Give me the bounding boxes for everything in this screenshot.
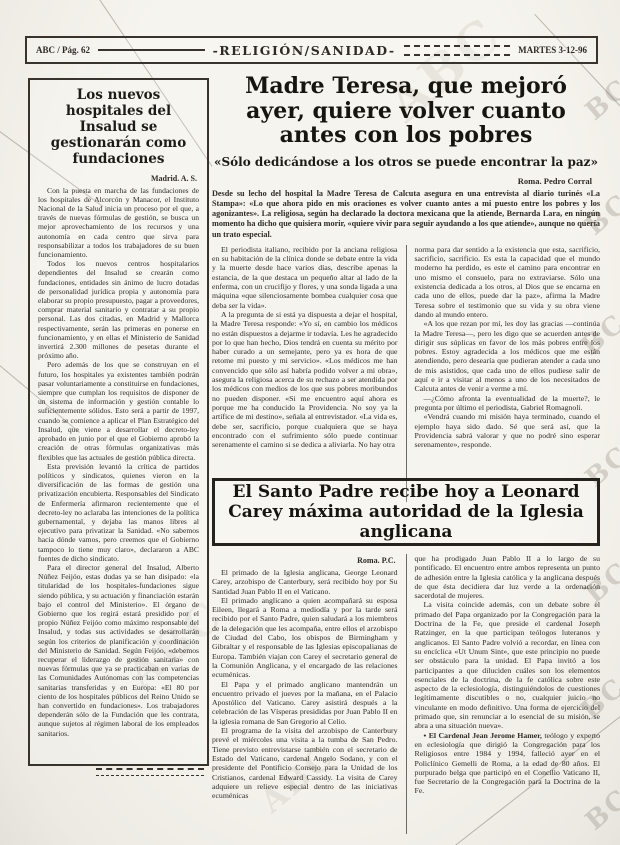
santo-padre-headline: El Santo Padre recibe hoy a Leonard Care…	[223, 482, 589, 542]
santo-padre-headline-box: El Santo Padre recibe hoy a Leonard Care…	[212, 478, 600, 546]
page-number: ABC / Pág. 62	[36, 45, 90, 55]
paragraph: El Papa y el primado anglicano mantendrá…	[212, 680, 398, 726]
byline: Roma. Pedro Corral	[212, 176, 592, 186]
paragraph: Todos los nuevos centros hospitalarios d…	[38, 259, 199, 360]
section-title: -RELIGIÓN/SANIDAD-	[213, 43, 396, 58]
newspaper-page: ABC ABC ABC BC BC BC BC BC BC BC ABC / P…	[0, 0, 620, 845]
insalud-body: Con la puesta en marcha de las fundacion…	[38, 186, 199, 738]
paragraph: «A los que rezan por mí, les doy las gra…	[415, 319, 601, 393]
paragraph: —¿Cómo afronta la eventualidad de la mue…	[415, 394, 601, 413]
paragraph: • El Cardenal Jean Jerome Hamer, teólogo…	[415, 731, 601, 796]
paragraph: Pero además de los que se construyan en …	[38, 360, 199, 461]
paragraph: «Vendrá cuando mi misión haya terminado,…	[415, 412, 601, 449]
paragraph: El primado de la Iglesia anglicana, Geor…	[212, 568, 398, 596]
column-left: Roma. P.C. El primado de la Iglesia angl…	[212, 554, 398, 834]
article-end-divider	[96, 768, 204, 776]
santo-padre-columns: Roma. P.C. El primado de la Iglesia angl…	[212, 554, 600, 834]
page-date: MARTES 3-12-96	[518, 45, 587, 55]
header-rule	[404, 45, 511, 56]
paragraph: Para el director general del Insalud, Al…	[38, 563, 199, 738]
obituary-lead: • El Cardenal Jean Jerome Hamer,	[424, 731, 542, 740]
insalud-headline: Los nuevos hospitales del Insalud se ges…	[38, 88, 199, 168]
insalud-article: Los nuevos hospitales del Insalud se ges…	[28, 78, 209, 766]
column-right: que ha prodigado Juan Pablo II a lo larg…	[406, 554, 601, 834]
main-headline: Madre Teresa, que mejoró ayer, quiere vo…	[212, 74, 600, 148]
byline: Roma. P.C.	[212, 556, 396, 565]
main-subheadline: «Sólo dedicándose a los otros se puede e…	[212, 155, 600, 169]
paragraph: El primado anglicano a quien acompañará …	[212, 596, 398, 680]
main-columns: El periodista italiano, recibido por la …	[212, 245, 600, 502]
paragraph: El programa de la visita del arzobispo d…	[212, 726, 398, 800]
byline: Madrid. A. S.	[38, 174, 197, 183]
paragraph: Esta previsión levantó la crítica de par…	[38, 462, 199, 563]
paragraph: La visita coincide además, con un debate…	[415, 600, 601, 730]
madre-teresa-article: Madre Teresa, que mejoró ayer, quiere vo…	[212, 74, 600, 502]
paragraph: A la pregunta de si está ya dispuesta a …	[212, 310, 398, 449]
lead-paragraph: Desde su lecho del hospital la Madre Ter…	[212, 189, 600, 240]
obituary-text: teólogo y experto en eclesiología que di…	[415, 731, 601, 796]
column-left: El periodista italiano, recibido por la …	[212, 245, 398, 502]
paragraph: que ha prodigado Juan Pablo II a lo larg…	[415, 554, 601, 600]
paragraph: El periodista italiano, recibido por la …	[212, 245, 398, 310]
paragraph: norma para dar sentido a la existencia q…	[415, 245, 601, 319]
paragraph: Con la puesta en marcha de las fundacion…	[38, 186, 199, 260]
page-header: ABC / Pág. 62 -RELIGIÓN/SANIDAD- MARTES …	[25, 36, 598, 64]
column-right: norma para dar sentido a la existencia q…	[406, 245, 601, 502]
header-rule	[98, 49, 205, 51]
